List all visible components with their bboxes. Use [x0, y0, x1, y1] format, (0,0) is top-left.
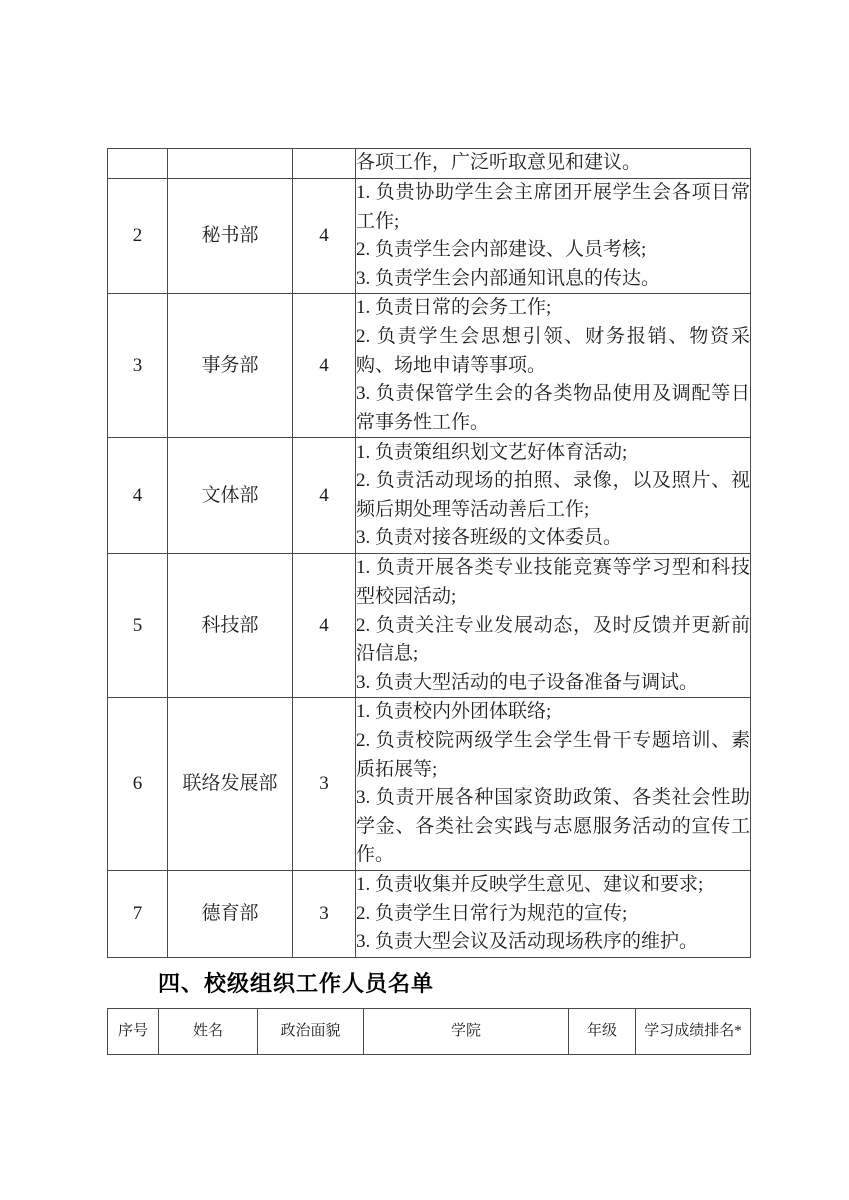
table-row: 5 科技部 4 1. 负责开展各类专业技能竞赛等学习型和科技型校园活动; 2. …	[108, 554, 751, 698]
duties-cell: 各项工作，广泛听取意见和建议。	[356, 149, 751, 179]
document-content: 各项工作，广泛听取意见和建议。 2 秘书部 4 1. 负贵协助学生会主席团开展学…	[107, 148, 750, 1055]
duty-item: 1. 负责策组织划文艺好体育活动;	[356, 439, 750, 468]
roster-header-academic-rank: 学习成绩排名*	[636, 1008, 751, 1054]
seq-cell: 7	[108, 870, 168, 957]
table-row: 7 德育部 3 1. 负责收集并反映学生意见、建议和要求; 2. 负责学生日常行…	[108, 870, 751, 957]
roster-header-political-status: 政治面貌	[258, 1008, 364, 1054]
duty-item: 2. 负责学生日常行为规范的宣传;	[356, 900, 750, 929]
count-cell: 4	[293, 294, 356, 438]
roster-header-seq: 序号	[108, 1008, 159, 1054]
table-row: 3 事务部 4 1. 负责日常的会务工作; 2. 负责学生会思想引领、财务报销、…	[108, 294, 751, 438]
duty-item: 3. 负责大型会议及活动现场秩序的维护。	[356, 928, 750, 957]
seq-cell: 3	[108, 294, 168, 438]
count-cell: 3	[293, 698, 356, 871]
table-row-continued: 各项工作，广泛听取意见和建议。	[108, 149, 751, 179]
duty-item: 2. 负责校院两级学生会学生骨干专题培训、素质拓展等;	[356, 727, 750, 784]
dept-cell: 文体部	[168, 438, 293, 554]
duty-item: 各项工作，广泛听取意见和建议。	[356, 149, 750, 178]
duty-item: 3. 负责学生会内部通知讯息的传达。	[356, 265, 750, 294]
duty-item: 3. 负责开展各种国家资助政策、各类社会性助学金、各类社会实践与志愿服务活动的宣…	[356, 784, 750, 870]
seq-cell: 4	[108, 438, 168, 554]
roster-header-row: 序号 姓名 政治面貌 学院 年级 学习成绩排名*	[108, 1008, 751, 1054]
department-duties-table: 各项工作，广泛听取意见和建议。 2 秘书部 4 1. 负贵协助学生会主席团开展学…	[107, 148, 751, 958]
seq-cell: 6	[108, 698, 168, 871]
count-cell: 4	[293, 554, 356, 698]
dept-cell: 德育部	[168, 870, 293, 957]
table-row: 6 联络发展部 3 1. 负责校内外团体联络; 2. 负责校院两级学生会学生骨干…	[108, 698, 751, 871]
duty-item: 3. 负责大型活动的电子设备准备与调试。	[356, 669, 750, 698]
dept-cell: 事务部	[168, 294, 293, 438]
duty-item: 1. 负责收集并反映学生意见、建议和要求;	[356, 871, 750, 900]
duties-cell: 1. 负责校内外团体联络; 2. 负责校院两级学生会学生骨干专题培训、素质拓展等…	[356, 698, 751, 871]
dept-cell: 联络发展部	[168, 698, 293, 871]
duty-item: 1. 负责校内外团体联络;	[356, 698, 750, 727]
count-cell	[293, 149, 356, 179]
seq-cell	[108, 149, 168, 179]
count-cell: 3	[293, 870, 356, 957]
duty-item: 2. 负责学生会思想引领、财务报销、物资采购、场地申请等事项。	[356, 323, 750, 380]
count-cell: 4	[293, 438, 356, 554]
duties-cell: 1. 负责开展各类专业技能竞赛等学习型和科技型校园活动; 2. 负责关注专业发展…	[356, 554, 751, 698]
duty-item: 2. 负责活动现场的拍照、录像，以及照片、视频后期处理等活动善后工作;	[356, 467, 750, 524]
dept-cell	[168, 149, 293, 179]
table-row: 4 文体部 4 1. 负责策组织划文艺好体育活动; 2. 负责活动现场的拍照、录…	[108, 438, 751, 554]
roster-header-college: 学院	[364, 1008, 569, 1054]
table-row: 2 秘书部 4 1. 负贵协助学生会主席团开展学生会各项日常工作; 2. 负责学…	[108, 179, 751, 294]
duty-item: 3. 负责对接各班级的文体委员。	[356, 524, 750, 553]
dept-cell: 秘书部	[168, 179, 293, 294]
duties-cell: 1. 负责日常的会务工作; 2. 负责学生会思想引领、财务报销、物资采购、场地申…	[356, 294, 751, 438]
duty-item: 1. 负责开展各类专业技能竞赛等学习型和科技型校园活动;	[356, 554, 750, 611]
roster-header-name: 姓名	[159, 1008, 258, 1054]
duty-item: 1. 负责日常的会务工作;	[356, 294, 750, 323]
seq-cell: 5	[108, 554, 168, 698]
duty-item: 2. 负责学生会内部建设、人员考核;	[356, 236, 750, 265]
section-heading: 四、校级组织工作人员名单	[158, 967, 750, 998]
duty-item: 3. 负责保管学生会的各类物品使用及调配等日常事务性工作。	[356, 380, 750, 437]
duties-cell: 1. 负责收集并反映学生意见、建议和要求; 2. 负责学生日常行为规范的宣传; …	[356, 870, 751, 957]
document-page: 各项工作，广泛听取意见和建议。 2 秘书部 4 1. 负贵协助学生会主席团开展学…	[0, 0, 849, 1200]
count-cell: 4	[293, 179, 356, 294]
roster-table: 序号 姓名 政治面貌 学院 年级 学习成绩排名*	[107, 1008, 751, 1055]
duty-item: 1. 负贵协助学生会主席团开展学生会各项日常工作;	[356, 179, 750, 236]
duties-cell: 1. 负贵协助学生会主席团开展学生会各项日常工作; 2. 负责学生会内部建设、人…	[356, 179, 751, 294]
dept-cell: 科技部	[168, 554, 293, 698]
duty-item: 2. 负责关注专业发展动态，及时反馈并更新前沿信息;	[356, 612, 750, 669]
roster-header-grade: 年级	[569, 1008, 636, 1054]
seq-cell: 2	[108, 179, 168, 294]
duties-cell: 1. 负责策组织划文艺好体育活动; 2. 负责活动现场的拍照、录像，以及照片、视…	[356, 438, 751, 554]
